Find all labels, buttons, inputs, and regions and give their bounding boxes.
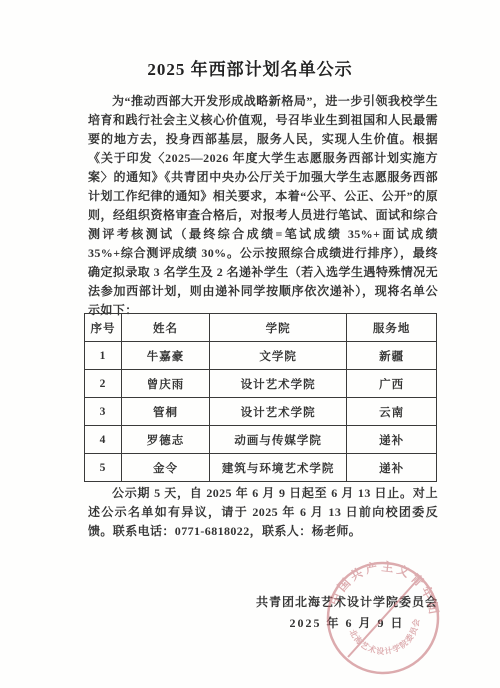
table-header-row: 序号 姓名 学院 服务地 <box>85 314 437 342</box>
table-cell: 递补 <box>347 454 437 482</box>
intro-paragraph: 为“推动西部大开发形成战略新格局”，进一步引领我校学生培育和践行社会主义核心价值… <box>88 92 438 320</box>
notice-table-body: 1牛嘉豪文学院新疆2曾庆雨设计艺术学院广西3管桐设计艺术学院云南4罗德志动画与传… <box>85 342 437 482</box>
table-cell: 文学院 <box>209 342 346 370</box>
signature-org: 共青团北海艺术设计学院委员会 <box>256 593 438 610</box>
table-cell: 设计艺术学院 <box>209 398 346 426</box>
table-row: 5金令建筑与环境艺术学院递补 <box>85 454 437 482</box>
table-cell: 2 <box>85 370 122 398</box>
candidate-table: 序号 姓名 学院 服务地 1牛嘉豪文学院新疆2曾庆雨设计艺术学院广西3管桐设计艺… <box>84 313 437 482</box>
table-header: 序号 姓名 学院 服务地 <box>85 314 437 342</box>
table-cell: 金令 <box>121 454 209 482</box>
table-cell: 递补 <box>347 426 437 454</box>
table-cell: 5 <box>85 454 122 482</box>
notice-page: 2025 年西部计划名单公示 为“推动西部大开发形成战略新格局”，进一步引领我校… <box>0 0 500 688</box>
closing-paragraph: 公示期 5 天，自 2025 年 6 月 9 日起至 6 月 13 日止。对上述… <box>88 484 438 541</box>
table-cell: 动画与传媒学院 <box>209 426 346 454</box>
signature-date: 2025 年 6 月 9 日 <box>256 614 438 631</box>
table-cell: 新疆 <box>347 342 437 370</box>
table-row: 3管桐设计艺术学院云南 <box>85 398 437 426</box>
header-cell-no: 序号 <box>85 314 122 342</box>
table-cell: 4 <box>85 426 122 454</box>
header-cell-college: 学院 <box>209 314 346 342</box>
table-row: 4罗德志动画与传媒学院递补 <box>85 426 437 454</box>
table-cell: 罗德志 <box>121 426 209 454</box>
table-row: 2曾庆雨设计艺术学院广西 <box>85 370 437 398</box>
table-cell: 牛嘉豪 <box>121 342 209 370</box>
table-cell: 云南 <box>347 398 437 426</box>
table-cell: 1 <box>85 342 122 370</box>
page-title: 2025 年西部计划名单公示 <box>0 55 500 80</box>
signature-block: 共青团北海艺术设计学院委员会 2025 年 6 月 9 日 <box>256 593 438 631</box>
table-cell: 管桐 <box>121 398 209 426</box>
table-cell: 广西 <box>347 370 437 398</box>
table-cell: 曾庆雨 <box>121 370 209 398</box>
table-cell: 设计艺术学院 <box>209 370 346 398</box>
table-row: 1牛嘉豪文学院新疆 <box>85 342 437 370</box>
table-cell: 3 <box>85 398 122 426</box>
header-cell-name: 姓名 <box>121 314 209 342</box>
header-cell-place: 服务地 <box>347 314 437 342</box>
table-cell: 建筑与环境艺术学院 <box>209 454 346 482</box>
